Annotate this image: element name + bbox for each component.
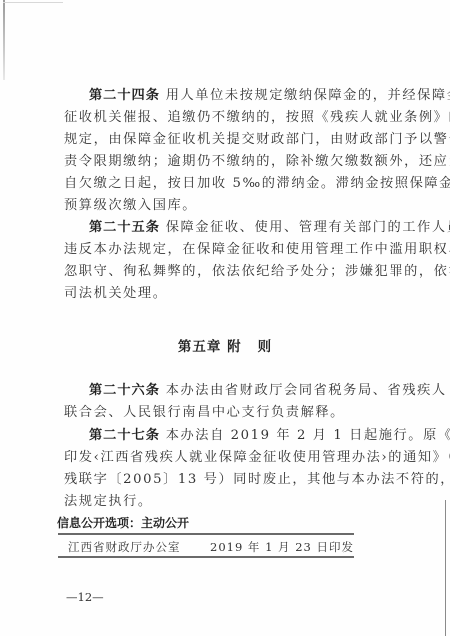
- article-24-line-4: 责令限期缴纳；逾期仍不缴纳的，除补缴欠缴数额外，还应当: [64, 151, 394, 173]
- article-25-line-3: 忽职守、徇私舞弊的，依法依纪给予处分；涉嫌犯罪的，依法移送: [64, 261, 394, 283]
- article-24-line-1: 第二十四条 用人单位未按规定缴纳保障金的，并经保障金: [89, 85, 419, 107]
- disclosure-option: 信息公开选项：主动公开: [57, 514, 189, 531]
- article-24-line-6: 预算级次缴入国库。: [64, 195, 394, 217]
- article-26-heading: 第二十六条: [89, 383, 160, 398]
- article-24-line-3: 规定，由保障金征收机关提交财政部门，由财政部门予以警告，: [64, 129, 394, 151]
- issuing-office: 江西省财政厅办公室: [68, 539, 181, 555]
- article-27-line-1: 第二十七条 本办法自 2019 年 2 月 1 日起施行。原《关于: [89, 425, 419, 447]
- issue-date: 2019 年 1 月 23 日印发: [210, 539, 354, 555]
- scan-edge-top: [3, 2, 63, 3]
- document-page: 第二十四条 用人单位未按规定缴纳保障金的，并经保障金 征收机关催报、追缴仍不缴纳…: [0, 0, 450, 636]
- page-number: —12—: [66, 590, 104, 604]
- article-25-line-4: 司法机关处理。: [64, 283, 394, 305]
- footer-rule-bottom: [58, 556, 354, 558]
- scan-edge-right: [445, 500, 446, 636]
- article-25-heading: 第二十五条: [89, 220, 160, 235]
- article-24-line-5: 自欠缴之日起，按日加收 5‰的滞纳金。滞纳金按照保障金入库: [64, 173, 394, 195]
- article-27-line-3: 残联字〔2005〕13 号）同时废止，其他与本办法不符的，按本办: [64, 469, 394, 491]
- article-27-line-4: 法规定执行。: [64, 491, 394, 513]
- article-26-line-1: 第二十六条 本办法由省财政厅会同省税务局、省残疾人: [89, 380, 419, 402]
- article-27-line-2: 印发‹江西省残疾人就业保障金征收使用管理办法›的通知》（赣: [64, 447, 394, 469]
- scan-edge-left: [3, 0, 5, 80]
- article-24-heading: 第二十四条: [89, 88, 160, 103]
- article-25-line-1: 第二十五条 保障金征收、使用、管理有关部门的工作人员: [89, 217, 419, 239]
- article-25-line-2: 违反本办法规定，在保障金征收和使用管理工作中滥用职权、玩: [64, 239, 394, 261]
- article-27-heading: 第二十七条: [89, 428, 160, 443]
- article-26-line-2: 联合会、人民银行南昌中心支行负责解释。: [64, 402, 394, 424]
- footer-rule-top: [58, 533, 354, 535]
- chapter-heading: 第五章 附则: [0, 335, 450, 355]
- article-24-line-2: 征收机关催报、追缴仍不缴纳的，按照《残疾人就业条例》的: [64, 107, 394, 129]
